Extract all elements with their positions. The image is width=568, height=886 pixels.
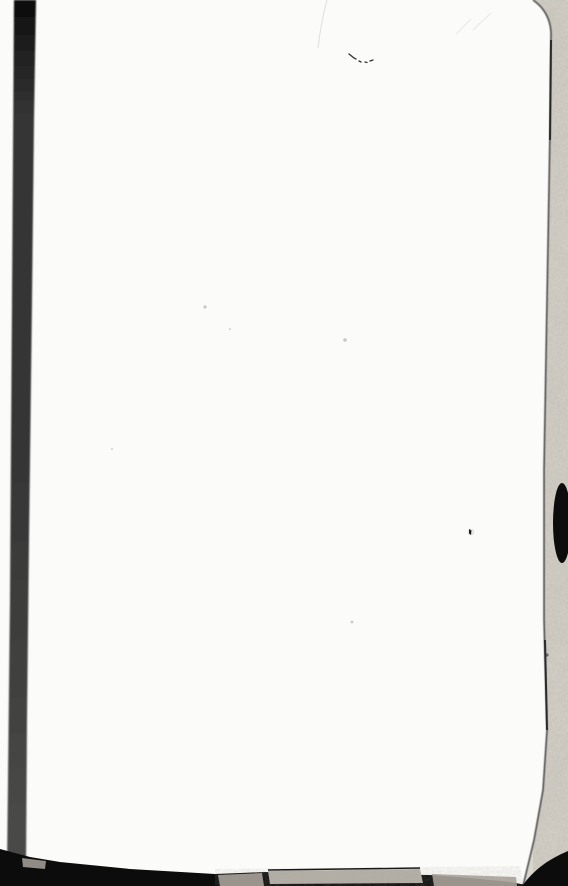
paper-background <box>0 0 568 886</box>
ink-speck <box>468 529 475 536</box>
scan-canvas <box>0 0 568 886</box>
right-edge-dot <box>545 653 548 656</box>
bottom-border-patches <box>215 866 525 886</box>
scanned-page <box>0 0 568 886</box>
